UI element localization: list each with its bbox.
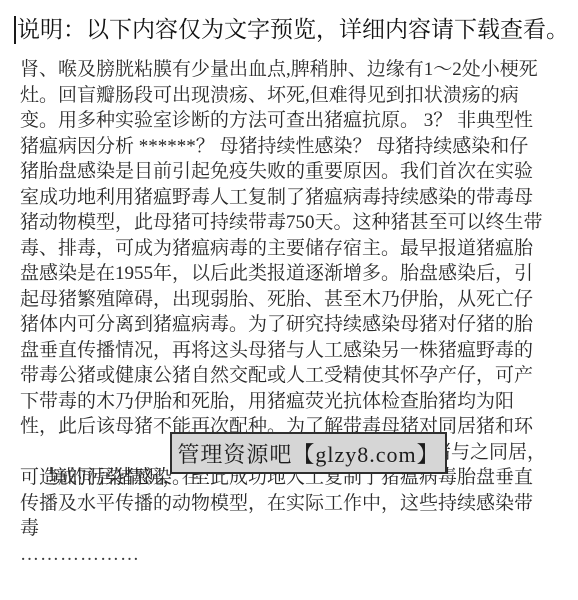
text-line: 猪瘟病因分析 ******？ 母猪持续性感染？ 母猪持续感染和仔 — [20, 134, 568, 160]
text-fragment-right: 猪与之同居， — [432, 440, 546, 466]
text-line: 变。用多种实验室诊断的方法可查出猪瘟抗原。 3？ 非典型性 — [20, 108, 568, 134]
text-cursor — [14, 16, 16, 44]
text-line: 盘感染是在1955年，以后此类报道逐渐增多。胎盘感染后，引 — [20, 261, 568, 287]
text-line: 下带毒的木乃伊胎和死胎，用猪瘟荧光抗体检查胎猪均为阳 — [20, 389, 568, 415]
text-line: 带毒公猪或健康公猪自然交配或人工受精使其怀孕产仔，可产 — [20, 363, 568, 389]
text-line: 猪动物模型，此母猪可持续带毒750天。这种猪甚至可以终生带 — [20, 210, 568, 236]
watermark-badge: 管理资源吧【glzy8.com】 — [170, 432, 447, 474]
text-line: 盘垂直传播情况，再将这头母猪与人工感染另一株猪瘟野毒的 — [20, 338, 568, 364]
document-preview-page: 说明：以下内容仅为文字预览，详细内容请下载查看。 肾、喉及膀胱粘膜有少量出血点,… — [0, 0, 578, 600]
text-line: 传播及水平传播的动物模型，在实际工作中，这些持续感染带 — [20, 491, 568, 517]
text-line: 灶。回盲瓣肠段可出现溃疡、坏死,但难得见到扣状溃疡的病 — [20, 83, 568, 109]
text-line: 肾、喉及膀胱粘膜有少量出血点,脾稍肿、边缘有1～2处小梗死 — [20, 57, 568, 83]
document-body: 肾、喉及膀胱粘膜有少量出血点,脾稍肿、边缘有1～2处小梗死 灶。回盲瓣肠段可出现… — [20, 57, 568, 567]
text-line: 毒 — [20, 516, 568, 542]
trailing-dots: ……………… — [20, 542, 568, 568]
text-line: 猪体内可分离到猪瘟病毒。为了研究持续感染母猪对仔猪的胎 — [20, 312, 568, 338]
text-line: 室成功地利用猪瘟野毒人工复制了猪瘟病毒持续感染的带毒母 — [20, 185, 568, 211]
text-line: 毒、排毒，可成为猪瘟病毒的主要储存宿主。最早报道猪瘟胎 — [20, 236, 568, 262]
text-line: 猪胎盘感染是目前引起免疫失败的重要原因。我们首次在实验 — [20, 159, 568, 185]
preview-notice: 说明：以下内容仅为文字预览，详细内容请下载查看。 — [17, 14, 569, 46]
text-line: 起母猪繁殖障碍，出现弱胎、死胎、甚至木乃伊胎，从死亡仔 — [20, 287, 568, 313]
